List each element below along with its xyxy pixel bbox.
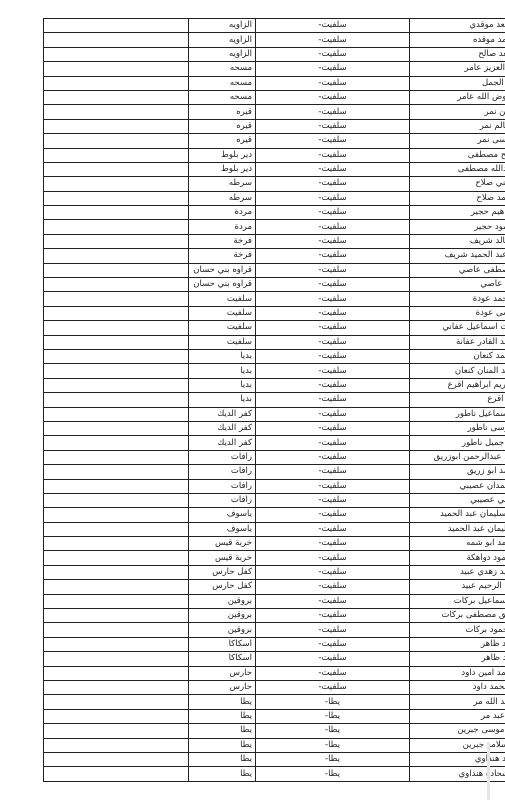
- table-row: بدياسلفيت-نجاة ابراهيم عبد المنان كنعان1…: [44, 364, 505, 378]
- table-body: الزاويهسلفيت-مالك مطلق اسعد موقدي1483الز…: [44, 19, 505, 782]
- name-cell: هديه محمود موسى ناطور: [410, 421, 505, 435]
- names-table: الزاويهسلفيت-مالك مطلق اسعد موقدي1483الز…: [43, 18, 505, 782]
- name-cell: بسمان جميل اسماعيل ناطور: [410, 407, 505, 421]
- name-cell: ابراهيم عبد الكريم ابراهيم اقرع: [410, 378, 505, 392]
- directorate-cell: سلفيت-: [256, 47, 410, 61]
- table-row: فرخةسلفيت-باسمه خميس عبد الحميد شريف1499: [44, 249, 505, 263]
- table-row: رافاتسلفيت-محمود حسن حمدان عصيبي1515: [44, 479, 505, 493]
- name-cell: ماجد محمود محمد عودة: [410, 292, 505, 306]
- notes-cell: [44, 364, 189, 378]
- table-row: دير بلوطسلفيت-عبد حسين صالح مصطفى1492: [44, 148, 505, 162]
- notes-cell: [44, 249, 189, 263]
- table-row: اسكاكاسلفيت-يحيى عمر سعيد ظاهر1526: [44, 637, 505, 651]
- table-row: ياسوفسلفيت-محمود مطاوع سليمان عبد الحميد…: [44, 508, 505, 522]
- notes-cell: [44, 680, 189, 694]
- directorate-cell: سلفيت-: [256, 537, 410, 551]
- directorate-cell: سلفيت-: [256, 465, 410, 479]
- notes-cell: [44, 752, 189, 766]
- table-row: كفر الديكسلفيت-هديه محمود موسى ناطور1511: [44, 421, 505, 435]
- name-cell: سعاد يوسف سالم نمر: [410, 119, 505, 133]
- directorate-cell: سلفيت-: [256, 407, 410, 421]
- village-cell: رافات: [189, 479, 256, 493]
- notes-cell: [44, 652, 189, 666]
- name-cell: مشير حموده خالد شريف: [410, 234, 505, 248]
- name-cell: رباح باسم ياسين نمر: [410, 105, 505, 119]
- directorate-cell: سلفيت-: [256, 349, 410, 363]
- table-row: سلفيتسلفيت-اسماعيل شوكت اسماعيل عفاني150…: [44, 321, 505, 335]
- notes-cell: [44, 565, 189, 579]
- directorate-cell: سلفيت-: [256, 306, 410, 320]
- name-cell: لميا ادميثان عبدالله مصطفى: [410, 162, 505, 176]
- table-row: يطايطا-موسى أحمد عبد الله مر1530: [44, 695, 505, 709]
- notes-cell: [44, 421, 189, 435]
- village-cell: مردة: [189, 220, 256, 234]
- notes-cell: [44, 349, 189, 363]
- notes-cell: [44, 493, 189, 507]
- directorate-cell: سلفيت-: [256, 623, 410, 637]
- table-row: خربة قيسسلفيت-مرام محمد محمود دواهكة1520: [44, 551, 505, 565]
- village-cell: قراوه بني حسان: [189, 263, 256, 277]
- directorate-cell: سلفيت-: [256, 666, 410, 680]
- table-row: سلفيتسلفيت-آمرة عبدالله عبد القادر عفانة…: [44, 335, 505, 349]
- directorate-cell: سلفيت-: [256, 249, 410, 263]
- village-cell: سلفيت: [189, 321, 256, 335]
- name-cell: رمزي اسماعيل عبدالرحمن ابوزريق: [410, 450, 505, 464]
- notes-cell: [44, 767, 189, 781]
- village-cell: كفر الديك: [189, 421, 256, 435]
- table-row: حارسسلفيت-رداد مأمون محمد امين داود1528: [44, 666, 505, 680]
- name-cell: يزن يوسف محمد ابو شمه: [410, 537, 505, 551]
- table-row: سرطهسلفيت-ايمان صالح محمد صلاح1495: [44, 191, 505, 205]
- table-row: كفر الديكسلفيت-مسامح بسمان جميل ناطور151…: [44, 436, 505, 450]
- village-cell: دير بلوط: [189, 162, 256, 176]
- table-row: بدياسلفيت-مريم عبد أحمد اقرع1509: [44, 393, 505, 407]
- village-cell: فرخة: [189, 249, 256, 263]
- name-cell: رمزي زياد عبد العزيز عامر: [410, 62, 505, 76]
- name-cell: نجاة محمود أحمد موقده: [410, 33, 505, 47]
- village-cell: مردة: [189, 206, 256, 220]
- village-cell: الزاويه: [189, 47, 256, 61]
- directorate-cell: سلفيت-: [256, 378, 410, 392]
- directorate-cell: يطا-: [256, 709, 410, 723]
- table-row: سرطهسلفيت-محمد خالد حسني صلاح1494: [44, 177, 505, 191]
- directorate-cell: سلفيت-: [256, 234, 410, 248]
- table-row: اسكاكاسلفيت-سميه فايز أحمد ظاهر1527: [44, 652, 505, 666]
- village-cell: يطا: [189, 767, 256, 781]
- name-cell: شاميه سليمان عبد مر: [410, 709, 505, 723]
- directorate-cell: سلفيت-: [256, 76, 410, 90]
- village-cell: دير بلوط: [189, 148, 256, 162]
- name-cell: موسى أحمد عبد الله مر: [410, 695, 505, 709]
- directorate-cell: سلفيت-: [256, 580, 410, 594]
- notes-cell: [44, 119, 189, 133]
- table-row: كفر الديكسلفيت-بسمان جميل اسماعيل ناطور1…: [44, 407, 505, 421]
- directorate-cell: يطا-: [256, 695, 410, 709]
- table-row: يطايطا-سليمان حسين موسى جبرين1532: [44, 724, 505, 738]
- table-row: قيرهسلفيت-سعاد يوسف سالم نمر1490: [44, 119, 505, 133]
- village-cell: سلفيت: [189, 335, 256, 349]
- table-row: حارسسلفيت-اسراء محمود محمد داود1529: [44, 680, 505, 694]
- village-cell: بديا: [189, 393, 256, 407]
- village-cell: يطا: [189, 752, 256, 766]
- notes-cell: [44, 666, 189, 680]
- notes-cell: [44, 62, 189, 76]
- village-cell: بروقين: [189, 609, 256, 623]
- table-row: خربة قيسسلفيت-يزن يوسف محمد ابو شمه1519: [44, 537, 505, 551]
- directorate-cell: سلفيت-: [256, 450, 410, 464]
- directorate-cell: سلفيت-: [256, 191, 410, 205]
- name-cell: محمد عصام محمود بركات: [410, 623, 505, 637]
- notes-cell: [44, 306, 189, 320]
- directorate-cell: سلفيت-: [256, 637, 410, 651]
- village-cell: مسحه: [189, 62, 256, 76]
- village-cell: يطا: [189, 738, 256, 752]
- village-cell: كفل حارس: [189, 565, 256, 579]
- table-row: رافاتسلفيت-علياء محمود علي عصيبي1516: [44, 493, 505, 507]
- name-cell: هويده موسى شحادة هنداوي: [410, 767, 505, 781]
- directorate-cell: سلفيت-: [256, 335, 410, 349]
- notes-cell: [44, 90, 189, 104]
- name-cell: ضرار عبد الحميد زهدي عبيد: [410, 565, 505, 579]
- directorate-cell: سلفيت-: [256, 220, 410, 234]
- village-cell: الزاويه: [189, 19, 256, 33]
- notes-cell: [44, 623, 189, 637]
- table-row: الزاويهسلفيت-مالك مطلق اسعد موقدي1483: [44, 19, 505, 33]
- notes-cell: [44, 724, 189, 738]
- notes-cell: [44, 278, 189, 292]
- directorate-cell: سلفيت-: [256, 522, 410, 536]
- directorate-cell: سلفيت-: [256, 62, 410, 76]
- directorate-cell: سلفيت-: [256, 479, 410, 493]
- table-row: بروقينسلفيت-محمد عصام محمود بركات1525: [44, 623, 505, 637]
- name-cell: محمد خالد حسني صلاح: [410, 177, 505, 191]
- table-row: دير بلوطسلفيت-لميا ادميثان عبدالله مصطفى…: [44, 162, 505, 176]
- village-cell: قيره: [189, 119, 256, 133]
- table-row: الزاويهسلفيت-هاله مطلق اسعد صالح1485: [44, 47, 505, 61]
- table-row: مسحهسلفيت-حفصه محمد عوض الله عامر1488: [44, 90, 505, 104]
- directorate-cell: سلفيت-: [256, 594, 410, 608]
- village-cell: مسحه: [189, 76, 256, 90]
- table-row: كفل حارسسلفيت-جمان أحمد عبد الرحيم عبيد1…: [44, 580, 505, 594]
- village-cell: قراوه بني حسان: [189, 278, 256, 292]
- table-row: رافاتسلفيت-رمزي اسماعيل عبدالرحمن ابوزري…: [44, 450, 505, 464]
- name-cell: جمان أحمد عبد الرحيم عبيد: [410, 580, 505, 594]
- directorate-cell: سلفيت-: [256, 652, 410, 666]
- table-row: قراوه بني حسانسلفيت-حكم محمود مصطفى عاصي…: [44, 263, 505, 277]
- name-cell: اميمه عبد الخالق مصطفى بركات: [410, 609, 505, 623]
- village-cell: خربة قيس: [189, 537, 256, 551]
- name-cell: اسماعيل شوكت اسماعيل عفاني: [410, 321, 505, 335]
- name-cell: نجاة ابراهيم عبد المنان كنعان: [410, 364, 505, 378]
- directorate-cell: سلفيت-: [256, 33, 410, 47]
- table-row: مردةسلفيت-امير نصفت ابراهيم حجير1496: [44, 206, 505, 220]
- notes-cell: [44, 580, 189, 594]
- table-row: مردةسلفيت-تمام محمد محمود حجير1497: [44, 220, 505, 234]
- village-cell: خربة قيس: [189, 551, 256, 565]
- village-cell: قيره: [189, 105, 256, 119]
- name-cell: رفقة محمد احمد ابو زريق: [410, 465, 505, 479]
- notes-cell: [44, 479, 189, 493]
- directorate-cell: سلفيت-: [256, 134, 410, 148]
- table-row: الزاويهسلفيت-نجاة محمود أحمد موقده1484: [44, 33, 505, 47]
- name-cell: دلال محمد عيسى عودة: [410, 306, 505, 320]
- village-cell: اسكاكا: [189, 652, 256, 666]
- name-cell: علاء حسن أحمد هنداوي: [410, 752, 505, 766]
- directorate-cell: يطا-: [256, 738, 410, 752]
- village-cell: بديا: [189, 364, 256, 378]
- notes-cell: [44, 105, 189, 119]
- table-row: يطايطا-علاء حسن أحمد هنداوي1534: [44, 752, 505, 766]
- table-row: بدياسلفيت-محمد سليم محمد كنعان1506: [44, 349, 505, 363]
- name-cell: اسراء محمود محمد داود: [410, 680, 505, 694]
- notes-cell: [44, 220, 189, 234]
- table-row: قيرهسلفيت-رائين محمد موسى نمر1491: [44, 134, 505, 148]
- notes-cell: [44, 206, 189, 220]
- name-cell: حفصه محمد عوض الله عامر: [410, 90, 505, 104]
- village-cell: ياسوف: [189, 508, 256, 522]
- name-cell: مرام محمد محمود دواهكة: [410, 551, 505, 565]
- village-cell: بروقين: [189, 594, 256, 608]
- name-cell: سليمان حسين موسى جبرين: [410, 724, 505, 738]
- table-row: قيرهسلفيت-رباح باسم ياسين نمر1489: [44, 105, 505, 119]
- notes-cell: [44, 407, 189, 421]
- directorate-cell: سلفيت-: [256, 148, 410, 162]
- directorate-cell: سلفيت-: [256, 278, 410, 292]
- village-cell: كفر الديك: [189, 436, 256, 450]
- name-cell: مريم عبد أحمد اقرع: [410, 393, 505, 407]
- table-row: سلفيتسلفيت-ماجد محمود محمد عودة1502: [44, 292, 505, 306]
- name-cell: مسامح بسمان جميل ناطور: [410, 436, 505, 450]
- name-cell: آمرة عبدالله عبد القادر عفانة: [410, 335, 505, 349]
- directorate-cell: سلفيت-: [256, 177, 410, 191]
- village-cell: قيره: [189, 134, 256, 148]
- notes-cell: [44, 177, 189, 191]
- name-cell: محمد سليم محمد كنعان: [410, 349, 505, 363]
- directorate-cell: سلفيت-: [256, 565, 410, 579]
- notes-cell: [44, 738, 189, 752]
- name-cell: يحيى عمر سعيد ظاهر: [410, 637, 505, 651]
- notes-cell: [44, 76, 189, 90]
- name-cell: بثينه كايد محمد عاصي: [410, 278, 505, 292]
- directorate-cell: سلفيت-: [256, 609, 410, 623]
- notes-cell: [44, 162, 189, 176]
- table-row: يطايطا-هويده موسى شحادة هنداوي1535: [44, 767, 505, 781]
- name-cell: محمود مطاوع سليمان عبد الحميد: [410, 508, 505, 522]
- name-cell: علياء محمود علي عصيبي: [410, 493, 505, 507]
- name-cell: رائين محمد موسى نمر: [410, 134, 505, 148]
- directorate-cell: يطا-: [256, 752, 410, 766]
- village-cell: سرطه: [189, 191, 256, 205]
- village-cell: بديا: [189, 378, 256, 392]
- notes-cell: [44, 594, 189, 608]
- notes-cell: [44, 234, 189, 248]
- village-cell: يطا: [189, 709, 256, 723]
- notes-cell: [44, 450, 189, 464]
- directorate-cell: سلفيت-: [256, 493, 410, 507]
- village-cell: ياسوف: [189, 522, 256, 536]
- village-cell: رافات: [189, 450, 256, 464]
- table-row: فرخةسلفيت-مشير حموده خالد شريف1498: [44, 234, 505, 248]
- village-cell: سرطه: [189, 177, 256, 191]
- notes-cell: [44, 292, 189, 306]
- table-row: مسحهسلفيت-رمزي زياد عبد العزيز عامر1486: [44, 62, 505, 76]
- scan-edge-mark: [487, 742, 490, 800]
- table-row: كفل حارسسلفيت-ضرار عبد الحميد زهدي عبيد1…: [44, 565, 505, 579]
- table-row: رافاتسلفيت-رفقة محمد احمد ابو زريق1514: [44, 465, 505, 479]
- table-row: يطايطا-حليمه ابراهيم سلامه جبرين1533: [44, 738, 505, 752]
- table-row: سلفيتسلفيت-دلال محمد عيسى عودة1503: [44, 306, 505, 320]
- notes-cell: [44, 465, 189, 479]
- directorate-cell: سلفيت-: [256, 421, 410, 435]
- village-cell: يطا: [189, 695, 256, 709]
- directorate-cell: سلفيت-: [256, 19, 410, 33]
- name-cell: رداد مأمون محمد امين داود: [410, 666, 505, 680]
- name-cell: باسمه خميس عبد الحميد شريف: [410, 249, 505, 263]
- name-cell: تمام محمد محمود حجير: [410, 220, 505, 234]
- name-cell: محمود حسن حمدان عصيبي: [410, 479, 505, 493]
- directorate-cell: يطا-: [256, 767, 410, 781]
- directorate-cell: سلفيت-: [256, 263, 410, 277]
- village-cell: رافات: [189, 493, 256, 507]
- directorate-cell: سلفيت-: [256, 393, 410, 407]
- table-row: بروقينسلفيت-عصام محمود اسماعيل بركات1523: [44, 594, 505, 608]
- village-cell: رافات: [189, 465, 256, 479]
- name-cell: عصام محمود اسماعيل بركات: [410, 594, 505, 608]
- notes-cell: [44, 637, 189, 651]
- directorate-cell: سلفيت-: [256, 680, 410, 694]
- table-row: بدياسلفيت-ابراهيم عبد الكريم ابراهيم اقر…: [44, 378, 505, 392]
- notes-cell: [44, 393, 189, 407]
- directorate-cell: سلفيت-: [256, 162, 410, 176]
- notes-cell: [44, 378, 189, 392]
- notes-cell: [44, 709, 189, 723]
- village-cell: كفل حارس: [189, 580, 256, 594]
- directorate-cell: يطا-: [256, 724, 410, 738]
- notes-cell: [44, 321, 189, 335]
- notes-cell: [44, 436, 189, 450]
- directorate-cell: سلفيت-: [256, 292, 410, 306]
- directorate-cell: سلفيت-: [256, 105, 410, 119]
- name-cell: جميله مطيع سليمان عبد الحميد: [410, 522, 505, 536]
- village-cell: يطا: [189, 724, 256, 738]
- notes-cell: [44, 134, 189, 148]
- notes-cell: [44, 19, 189, 33]
- name-cell: اية يحيى حسن الجمل: [410, 76, 505, 90]
- notes-cell: [44, 609, 189, 623]
- name-cell: حكم محمود مصطفى عاصي: [410, 263, 505, 277]
- village-cell: فرخة: [189, 234, 256, 248]
- notes-cell: [44, 263, 189, 277]
- directorate-cell: سلفيت-: [256, 436, 410, 450]
- directorate-cell: سلفيت-: [256, 321, 410, 335]
- village-cell: بديا: [189, 349, 256, 363]
- notes-cell: [44, 522, 189, 536]
- village-cell: مسحه: [189, 90, 256, 104]
- table-row: بروقينسلفيت-اميمه عبد الخالق مصطفى بركات…: [44, 609, 505, 623]
- notes-cell: [44, 695, 189, 709]
- directorate-cell: سلفيت-: [256, 90, 410, 104]
- table-row: يطايطا-شاميه سليمان عبد مر1531: [44, 709, 505, 723]
- village-cell: سلفيت: [189, 306, 256, 320]
- notes-cell: [44, 508, 189, 522]
- name-cell: سميه فايز أحمد ظاهر: [410, 652, 505, 666]
- name-cell: حليمه ابراهيم سلامه جبرين: [410, 738, 505, 752]
- village-cell: كفر الديك: [189, 407, 256, 421]
- village-cell: حارس: [189, 666, 256, 680]
- directorate-cell: سلفيت-: [256, 206, 410, 220]
- name-cell: ايمان صالح محمد صلاح: [410, 191, 505, 205]
- village-cell: حارس: [189, 680, 256, 694]
- village-cell: بروقين: [189, 623, 256, 637]
- name-cell: مالك مطلق اسعد موقدي: [410, 19, 505, 33]
- document-page: الزاويهسلفيت-مالك مطلق اسعد موقدي1483الز…: [0, 0, 505, 800]
- name-cell: هاله مطلق اسعد صالح: [410, 47, 505, 61]
- table-row: ياسوفسلفيت-جميله مطيع سليمان عبد الحميد1…: [44, 522, 505, 536]
- notes-cell: [44, 335, 189, 349]
- notes-cell: [44, 551, 189, 565]
- table-row: قراوه بني حسانسلفيت-بثينه كايد محمد عاصي…: [44, 278, 505, 292]
- village-cell: سلفيت: [189, 292, 256, 306]
- notes-cell: [44, 191, 189, 205]
- village-cell: الزاويه: [189, 33, 256, 47]
- notes-cell: [44, 148, 189, 162]
- directorate-cell: سلفيت-: [256, 508, 410, 522]
- notes-cell: [44, 537, 189, 551]
- village-cell: اسكاكا: [189, 637, 256, 651]
- name-cell: امير نصفت ابراهيم حجير: [410, 206, 505, 220]
- directorate-cell: سلفيت-: [256, 364, 410, 378]
- notes-cell: [44, 47, 189, 61]
- directorate-cell: سلفيت-: [256, 551, 410, 565]
- table-row: مسحهسلفيت-اية يحيى حسن الجمل1487: [44, 76, 505, 90]
- name-cell: عبد حسين صالح مصطفى: [410, 148, 505, 162]
- notes-cell: [44, 33, 189, 47]
- directorate-cell: سلفيت-: [256, 119, 410, 133]
